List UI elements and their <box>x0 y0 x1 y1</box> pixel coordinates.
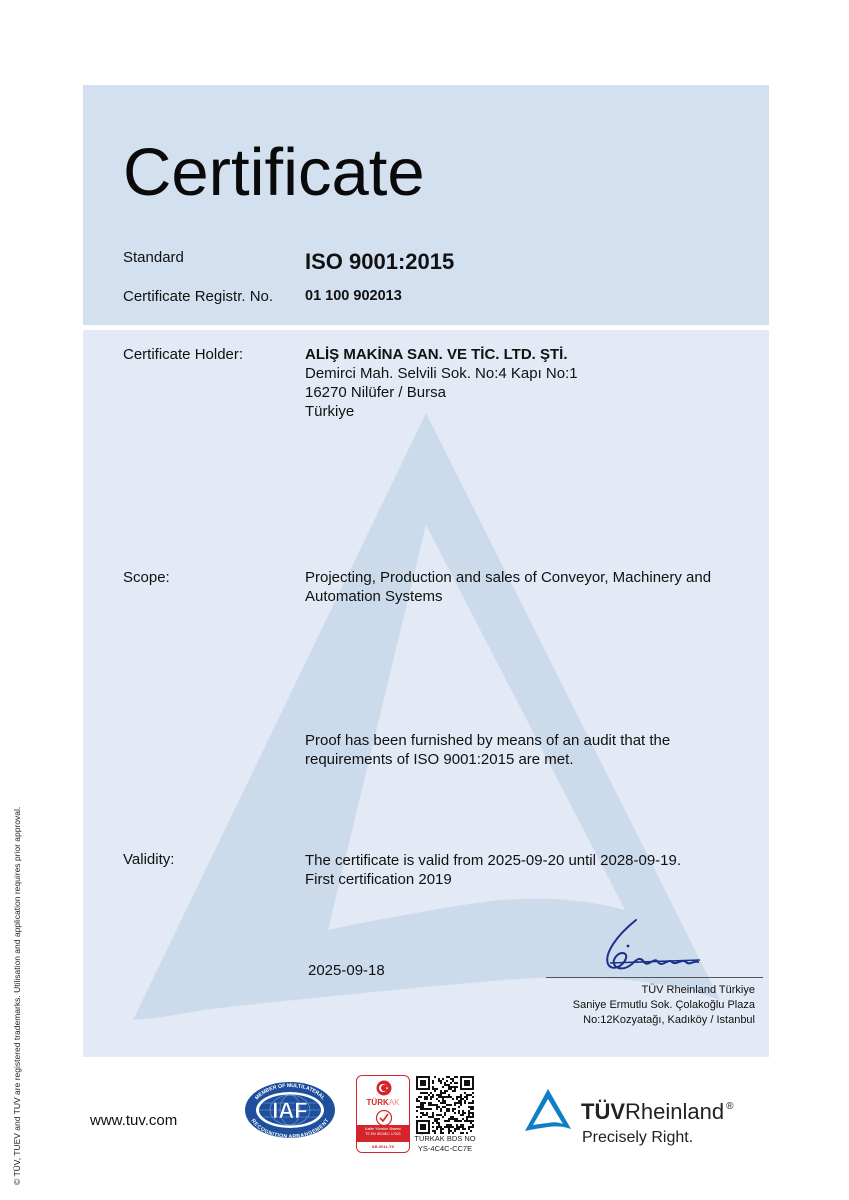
scope-line: Projecting, Production and sales of Conv… <box>305 568 711 587</box>
issue-date: 2025-09-18 <box>308 961 385 980</box>
standard-label: Standard <box>123 249 184 266</box>
scope-text: Projecting, Production and sales of Conv… <box>305 568 711 606</box>
holder-block: ALİŞ MAKİNA SAN. VE TİC. LTD. ŞTİ. Demir… <box>305 345 578 421</box>
proof-line: requirements of ISO 9001:2015 are met. <box>305 750 670 769</box>
registration-number: 01 100 902013 <box>305 287 402 306</box>
turkak-name: TÜRKAK <box>357 1098 409 1107</box>
issuer-address: TÜV Rheinland Türkiye Saniye Ermutlu Sok… <box>546 983 755 1028</box>
scope-line: Automation Systems <box>305 587 711 606</box>
turkish-flag-icon <box>376 1080 392 1096</box>
proof-statement: Proof has been furnished by means of an … <box>305 731 670 769</box>
issuer-address-line: Saniye Ermutlu Sok. Çolakoğlu Plaza <box>546 998 755 1013</box>
registration-label: Certificate Registr. No. <box>123 288 273 305</box>
signature-icon <box>596 916 706 978</box>
signature-line <box>546 977 763 978</box>
turkak-accreditation: Kalite Yönetim Sistemi TS EN ISO/IEC 170… <box>357 1125 409 1142</box>
holder-label: Certificate Holder: <box>123 346 243 363</box>
qr-code-icon[interactable] <box>416 1076 474 1134</box>
issuer-name: TÜV Rheinland Türkiye <box>546 983 755 998</box>
holder-address-line: Demirci Mah. Selvili Sok. No:4 Kapı No:1 <box>305 364 578 383</box>
holder-name: ALİŞ MAKİNA SAN. VE TİC. LTD. ŞTİ. <box>305 345 578 364</box>
brand-tagline: Precisely Right. <box>582 1129 693 1147</box>
page-title: Certificate <box>123 134 425 211</box>
qr-caption: TÜRKAK BDS NO YS-4C4C-CC7E <box>414 1134 476 1154</box>
proof-line: Proof has been furnished by means of an … <box>305 731 670 750</box>
holder-address-line: 16270 Nilüfer / Bursa <box>305 383 578 402</box>
validity-line: The certificate is valid from 2025-09-20… <box>305 851 681 870</box>
scope-label: Scope: <box>123 569 170 586</box>
validity-text: The certificate is valid from 2025-09-20… <box>305 851 681 889</box>
svg-text:IAF: IAF <box>272 1098 307 1123</box>
issuer-address-line: No:12Kozyatağı, Kadıköy / Istanbul <box>546 1013 755 1028</box>
qr-caption-line: TÜRKAK BDS NO <box>414 1134 476 1144</box>
tuv-triangle-icon <box>524 1088 572 1132</box>
website-link[interactable]: www.tuv.com <box>90 1112 177 1129</box>
validity-label: Validity: <box>123 851 174 868</box>
turkak-code: AB-0011-YS <box>357 1142 409 1152</box>
turkak-logo-icon: TÜRKAK Kalite Yönetim Sistemi TS EN ISO/… <box>356 1075 410 1153</box>
iaf-logo-icon: IAF MEMBER OF MULTILATERAL RECOGNITION A… <box>244 1081 336 1139</box>
standard-value: ISO 9001:2015 <box>305 249 454 275</box>
tuv-rheinland-brand: TÜVRheinland® <box>581 1099 733 1125</box>
qr-caption-line: YS-4C4C-CC7E <box>414 1144 476 1154</box>
trademark-notice: © TÜV, TUEV and TUV are registered trade… <box>12 807 22 1185</box>
first-certification: First certification 2019 <box>305 870 681 889</box>
holder-address-line: Türkiye <box>305 402 578 421</box>
